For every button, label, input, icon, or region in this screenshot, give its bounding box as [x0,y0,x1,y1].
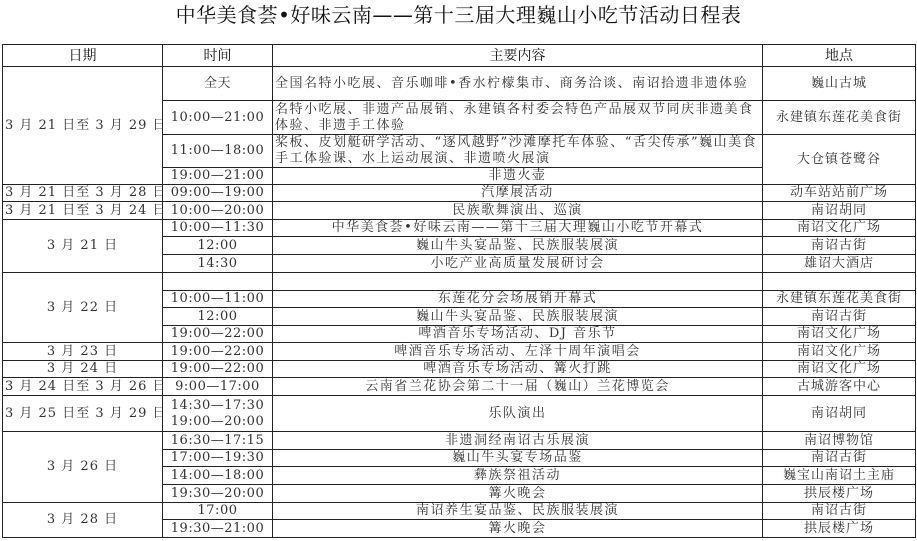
table-row: 3 月 25 日至 3 月 29 日 14:30—17:30 19:00—20:… [3,396,916,432]
time-cell: 10:00—20:00 [163,202,273,220]
place-cell: 南诏文化广场 [763,326,916,343]
content-cell: 云南省兰花协会第二十一届（巍山）兰花博览会 [273,378,763,396]
schedule-table: 日期 时间 主要内容 地点 3 月 21 日至 3 月 29 日 全天 全国名特… [2,44,916,538]
content-cell: 中华美食荟•好味云南——第十三届大理巍山小吃节开幕式 [273,220,763,237]
content-cell: 小吃产业高质量发展研讨会 [273,255,763,273]
content-cell: 汽摩展活动 [273,185,763,202]
time-cell: 14:30 [163,255,273,273]
content-cell: 篝火晚会 [273,485,763,503]
content-cell: 啤酒音乐专场活动、DJ 音乐节 [273,326,763,343]
date-cell: 3 月 24 日 [3,361,163,378]
header-date: 日期 [3,45,163,67]
place-cell: 巍宝山南诏土主庙 [763,467,916,485]
place-cell: 南诏文化广场 [763,343,916,361]
date-cell: 3 月 21 日 [3,220,163,273]
time-cell: 19:00—22:00 [163,343,273,361]
date-cell: 3 月 21 日至 3 月 28 日 [3,185,163,202]
content-cell: 乐队演出 [273,396,763,432]
place-cell: 巍山古城 [763,67,916,101]
place-cell: 南诏古街 [763,450,916,467]
place-cell: 南诏古街 [763,308,916,326]
content-cell: 啤酒音乐专场活动、左泽十周年演唱会 [273,343,763,361]
place-cell: 南诏胡同 [763,396,916,432]
page-title: 中华美食荟•好味云南——第十三届大理巍山小吃节活动日程表 [0,2,917,28]
place-cell: 永建镇东莲花美食街 [763,101,916,135]
place-cell: 拱辰楼广场 [763,520,916,538]
place-cell: 南诏胡同 [763,202,916,220]
time-cell: 16:30—17:15 [163,432,273,450]
place-cell: 永建镇东莲花美食街 [763,291,916,308]
time-range-1: 14:30—17:30 [165,398,270,414]
time-cell: 14:30—17:30 19:00—20:00 [163,396,273,432]
content-cell: 彝族祭祖活动 [273,467,763,485]
content-cell: 全国名特小吃展、音乐咖啡•香水柠檬集市、商务洽谈、南诏拾遗非遗体验 [273,67,763,101]
time-cell [163,273,273,291]
content-cell: 名特小吃展、非遗产品展销、永建镇各村委会特色产品展双节同庆非遗美食体验、非遗手工… [273,101,763,135]
place-cell: 古城游客中心 [763,378,916,396]
content-cell: 巍山牛头宴品鉴、民族服装展演 [273,308,763,326]
time-cell: 10:00—11:00 [163,291,273,308]
header-content: 主要内容 [273,45,763,67]
content-cell: 东莲花分会场展销开幕式 [273,291,763,308]
time-cell: 19:30—21:00 [163,520,273,538]
header-time: 时间 [163,45,273,67]
place-cell: 南诏古街 [763,237,916,255]
place-cell: 动车站站前广场 [763,185,916,202]
time-cell: 14:00—18:00 [163,467,273,485]
header-place: 地点 [763,45,916,67]
table-row: 3 月 26 日 16:30—17:15 非遗洞经南诏古乐展演 南诏博物馆 [3,432,916,450]
place-cell [763,273,916,291]
place-cell: 大仓镇苍鹭谷 [763,135,916,185]
date-cell: 3 月 21 日至 3 月 29 日 [3,67,163,185]
date-cell: 3 月 24 日至 3 月 26 日 [3,378,163,396]
content-cell: 南诏养生宴品鉴、民族服装展演 [273,503,763,520]
time-cell: 10:00—11:30 [163,220,273,237]
time-cell: 17:00 [163,503,273,520]
date-cell: 3 月 23 日 [3,343,163,361]
time-cell: 19:00—22:00 [163,326,273,343]
place-cell: 南诏文化广场 [763,220,916,237]
time-cell: 09:00—19:00 [163,185,273,202]
time-cell: 17:00—19:30 [163,450,273,467]
content-cell: 桨板、皮划艇研学活动、“逐风越野”沙滩摩托车体验、“舌尖传承”巍山美食手工体验课… [273,135,763,168]
time-cell: 12:00 [163,237,273,255]
time-cell: 10:00—21:00 [163,101,273,135]
table-row: 3 月 21 日至 3 月 28 日 09:00—19:00 汽摩展活动 动车站… [3,185,916,202]
place-cell: 南诏文化广场 [763,361,916,378]
time-cell: 11:00—18:00 [163,135,273,168]
content-cell: 篝火晚会 [273,520,763,538]
place-cell: 拱辰楼广场 [763,485,916,503]
content-cell: 非遗火壶 [273,168,763,185]
date-cell: 3 月 26 日 [3,432,163,503]
content-cell: 巍山牛头宴专场品鉴 [273,450,763,467]
table-row: 3 月 24 日 19:00—22:00 啤酒音乐专场活动、篝火打跳 南诏文化广… [3,361,916,378]
table-row: 3 月 21 日至 3 月 29 日 全天 全国名特小吃展、音乐咖啡•香水柠檬集… [3,67,916,101]
date-cell: 3 月 28 日 [3,503,163,538]
date-cell: 3 月 22 日 [3,273,163,343]
content-cell: 啤酒音乐专场活动、篝火打跳 [273,361,763,378]
time-cell: 19:00—22:00 [163,361,273,378]
time-cell: 全天 [163,67,273,101]
table-row: 3 月 21 日至 3 月 24 日 10:00—20:00 民族歌舞演出、巡演… [3,202,916,220]
place-cell: 雄诏大酒店 [763,255,916,273]
time-cell: 19:00—21:00 [163,168,273,185]
place-cell: 南诏博物馆 [763,432,916,450]
content-cell: 民族歌舞演出、巡演 [273,202,763,220]
time-range-2: 19:00—20:00 [165,414,270,430]
content-cell: 巍山牛头宴品鉴、民族服装展演 [273,237,763,255]
table-row: 3 月 24 日至 3 月 26 日 9:00—17:00 云南省兰花协会第二十… [3,378,916,396]
time-cell: 19:30—20:00 [163,485,273,503]
content-cell [273,273,763,291]
table-row: 3 月 23 日 19:00—22:00 啤酒音乐专场活动、左泽十周年演唱会 南… [3,343,916,361]
date-cell: 3 月 21 日至 3 月 24 日 [3,202,163,220]
content-cell: 非遗洞经南诏古乐展演 [273,432,763,450]
table-header-row: 日期 时间 主要内容 地点 [3,45,916,67]
table-row: 3 月 28 日 17:00 南诏养生宴品鉴、民族服装展演 南诏古街 [3,503,916,520]
time-cell: 12:00 [163,308,273,326]
place-cell: 南诏古街 [763,503,916,520]
time-cell: 9:00—17:00 [163,378,273,396]
table-row: 3 月 22 日 [3,273,916,291]
table-row: 3 月 21 日 10:00—11:30 中华美食荟•好味云南——第十三届大理巍… [3,220,916,237]
date-cell: 3 月 25 日至 3 月 29 日 [3,396,163,432]
